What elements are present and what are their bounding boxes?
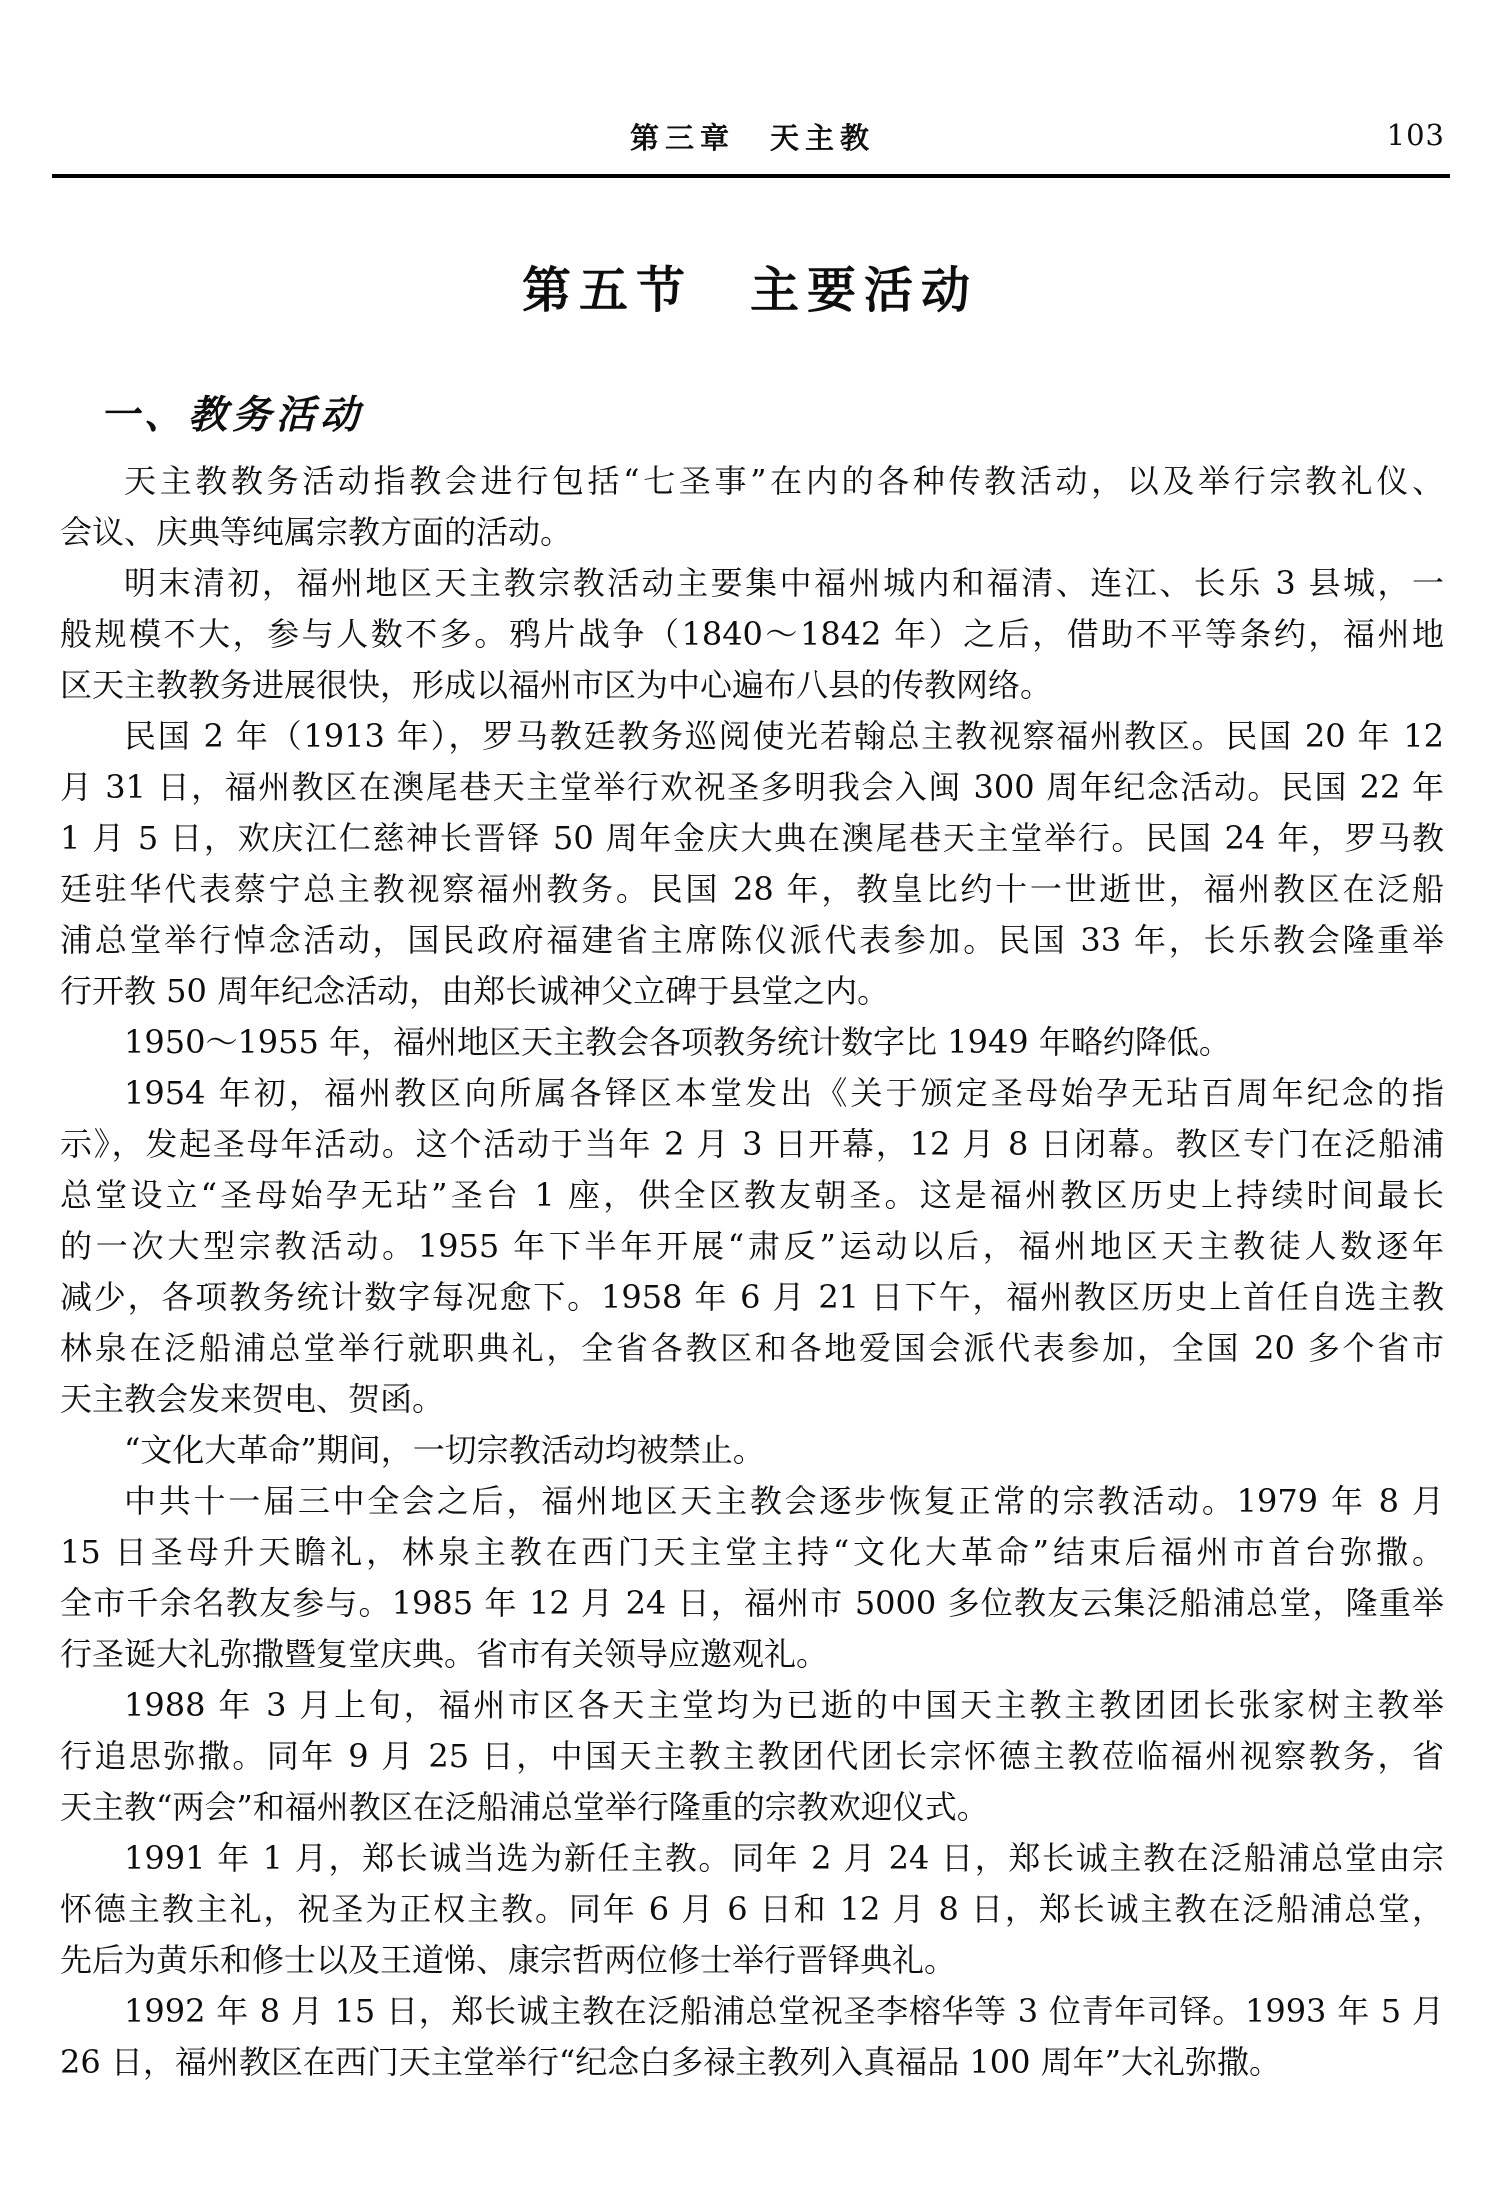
text-line: 浦总堂举行悼念活动，国民政府福建省主席陈仪派代表参加。民国 33 年，长乐教会隆… bbox=[60, 915, 1444, 966]
text-line: 行圣诞大礼弥撒暨复堂庆典。省市有关领导应邀观礼。 bbox=[60, 1629, 1444, 1680]
text-line: 怀德主教主礼，祝圣为正权主教。同年 6 月 6 日和 12 月 8 日，郑长诚主… bbox=[60, 1884, 1444, 1935]
text-line: 26 日，福州教区在西门天主堂举行“纪念白多禄主教列入真福品 100 周年”大礼… bbox=[60, 2037, 1444, 2088]
text-line: 天主教教务活动指教会进行包括“七圣事”在内的各种传教活动，以及举行宗教礼仪、 bbox=[60, 456, 1444, 507]
text-line: 行开教 50 周年纪念活动，由郑长诚神父立碑于县堂之内。 bbox=[60, 966, 1444, 1017]
text-line: 1991 年 1 月，郑长诚当选为新任主教。同年 2 月 24 日，郑长诚主教在… bbox=[60, 1833, 1444, 1884]
text-line: 区天主教教务进展很快，形成以福州市区为中心遍布八县的传教网络。 bbox=[60, 660, 1444, 711]
page-number: 103 bbox=[1387, 118, 1445, 152]
text-line: 会议、庆典等纯属宗教方面的活动。 bbox=[60, 507, 1444, 558]
text-line: 天主教“两会”和福州教区在泛船浦总堂举行隆重的宗教欢迎仪式。 bbox=[60, 1782, 1444, 1833]
text-line: 总堂设立“圣母始孕无玷”圣台 1 座，供全区教友朝圣。这是福州教区历史上持续时间… bbox=[60, 1170, 1444, 1221]
text-line: 林泉在泛船浦总堂举行就职典礼，全省各教区和各地爱国会派代表参加，全国 20 多个… bbox=[60, 1323, 1444, 1374]
text-line: 15 日圣母升天瞻礼，林泉主教在西门天主堂主持“文化大革命”结束后福州市首台弥撒… bbox=[60, 1527, 1444, 1578]
text-line: 行追思弥撒。同年 9 月 25 日，中国天主教主教团代团长宗怀德主教莅临福州视察… bbox=[60, 1731, 1444, 1782]
text-line: 般规模不大，参与人数不多。鸦片战争（1840～1842 年）之后，借助不平等条约… bbox=[60, 609, 1444, 660]
text-line: 1988 年 3 月上旬，福州市区各天主堂均为已逝的中国天主教主教团团长张家树主… bbox=[60, 1680, 1444, 1731]
text-line: 月 31 日，福州教区在澳尾巷天主堂举行欢祝圣多明我会入闽 300 周年纪念活动… bbox=[60, 762, 1444, 813]
text-line: 中共十一届三中全会之后，福州地区天主教会逐步恢复正常的宗教活动。1979 年 8… bbox=[60, 1476, 1444, 1527]
text-line: 1954 年初，福州教区向所属各铎区本堂发出《关于颁定圣母始孕无玷百周年纪念的指 bbox=[60, 1068, 1444, 1119]
text-line: 天主教会发来贺电、贺函。 bbox=[60, 1374, 1444, 1425]
section-title: 第五节 主要活动 bbox=[0, 252, 1500, 322]
text-line: 明末清初，福州地区天主教宗教活动主要集中福州城内和福清、连江、长乐 3 县城，一 bbox=[60, 558, 1444, 609]
text-line: 1992 年 8 月 15 日，郑长诚主教在泛船浦总堂祝圣李榕华等 3 位青年司… bbox=[60, 1986, 1444, 2037]
text-line: 1950～1955 年，福州地区天主教会各项教务统计数字比 1949 年略约降低… bbox=[60, 1017, 1444, 1068]
text-line: 的一次大型宗教活动。1955 年下半年开展“肃反”运动以后，福州地区天主教徒人数… bbox=[60, 1221, 1444, 1272]
header-rule bbox=[52, 174, 1450, 178]
chapter-title: 第三章 天主教 bbox=[630, 116, 875, 157]
text-line: 全市千余名教友参与。1985 年 12 月 24 日，福州市 5000 多位教友… bbox=[60, 1578, 1444, 1629]
book-page: 第三章 天主教 103 第五节 主要活动 一、教务活动 天主教教务活动指教会进行… bbox=[0, 0, 1500, 2200]
text-line: 减少，各项教务统计数字每况愈下。1958 年 6 月 21 日下午，福州教区历史… bbox=[60, 1272, 1444, 1323]
subsection-heading: 一、教务活动 bbox=[100, 384, 364, 440]
text-line: “文化大革命”期间，一切宗教活动均被禁止。 bbox=[60, 1425, 1444, 1476]
text-line: 先后为黄乐和修士以及王道悌、康宗哲两位修士举行晋铎典礼。 bbox=[60, 1935, 1444, 1986]
running-header: 第三章 天主教 103 bbox=[60, 116, 1445, 158]
text-line: 廷驻华代表蔡宁总主教视察福州教务。民国 28 年，教皇比约十一世逝世，福州教区在… bbox=[60, 864, 1444, 915]
text-line: 民国 2 年（1913 年），罗马教廷教务巡阅使光若翰总主教视察福州教区。民国 … bbox=[60, 711, 1444, 762]
text-line: 示》，发起圣母年活动。这个活动于当年 2 月 3 日开幕，12 月 8 日闭幕。… bbox=[60, 1119, 1444, 1170]
text-line: 1 月 5 日，欢庆江仁慈神长晋铎 50 周年金庆大典在澳尾巷天主堂举行。民国 … bbox=[60, 813, 1444, 864]
body-paragraphs: 天主教教务活动指教会进行包括“七圣事”在内的各种传教活动，以及举行宗教礼仪、会议… bbox=[60, 456, 1444, 2088]
